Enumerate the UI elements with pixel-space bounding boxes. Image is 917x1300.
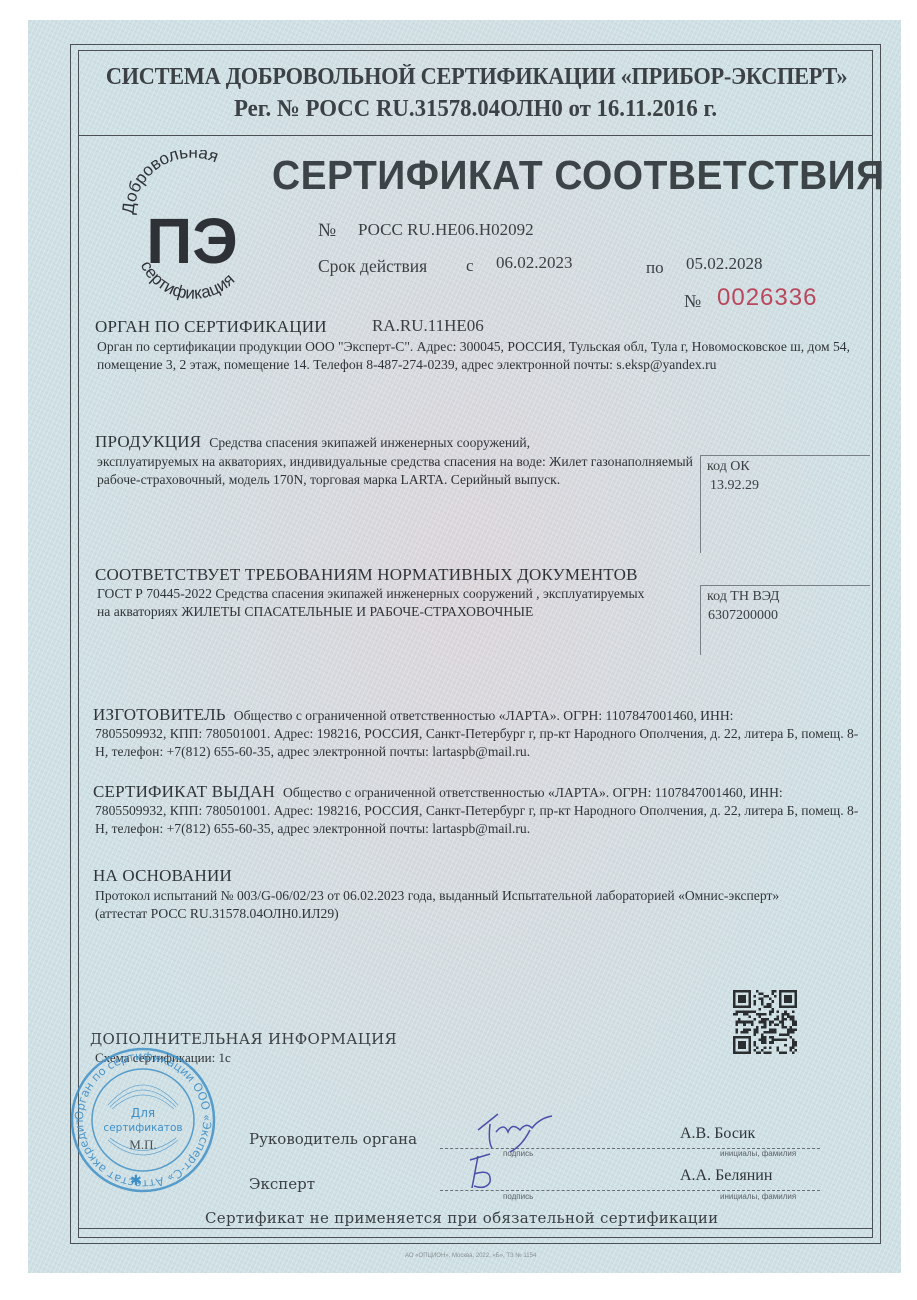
basis-heading: НА ОСНОВАНИИ (93, 866, 232, 886)
valid-to-date: 05.02.2028 (686, 254, 763, 274)
certification-body-text: Орган по сертификации продукции ООО "Экс… (97, 338, 867, 374)
head-of-body-label: Руководитель органа (249, 1130, 417, 1148)
basis-text: Протокол испытаний № 003/G-06/02/23 от 0… (95, 887, 825, 923)
tnved-code-label: код ТН ВЭД (707, 589, 779, 605)
manufacturer-text: 7805509932, КПП: 780501001. Адрес: 19821… (95, 725, 865, 761)
product-heading: ПРОДУКЦИЯ (95, 432, 201, 451)
blank-number-label: № (684, 291, 701, 312)
head-name-caption: инициалы, фамилия (720, 1149, 796, 1158)
official-stamp: Орган по сертификации ООО «Эксперт-С» Ат… (68, 1045, 218, 1195)
product-heading-row: ПРОДУКЦИЯ Средства спасения экипажей инж… (95, 432, 530, 452)
svg-text:М.П.: М.П. (129, 1137, 156, 1152)
system-name: СИСТЕМА ДОБРОВОЛЬНОЙ СЕРТИФИКАЦИИ «ПРИБО… (106, 64, 845, 91)
expert-name-line (592, 1190, 820, 1191)
product-text-line1: Средства спасения экипажей инженерных со… (209, 435, 530, 450)
manufacturer-heading-row: ИЗГОТОВИТЕЛЬ Общество с ограниченной отв… (93, 705, 733, 725)
print-code: АО «ОПЦИОН», Москва, 2022, «Б», ТЗ № 115… (405, 1253, 536, 1259)
certificate-number: РОСС RU.НЕ06.Н02092 (358, 220, 534, 240)
expert-signature (462, 1150, 512, 1195)
conformity-text: ГОСТ Р 70445-2022 Средства спасения экип… (97, 585, 657, 621)
okpd-code: 13.92.29 (710, 478, 759, 494)
tnved-code: 6307200000 (708, 608, 778, 624)
system-registration: Рег. № РОСС RU.31578.04ОЛН0 от 16.11.201… (98, 96, 853, 123)
issued-to-text-line1: Общество с ограниченной ответственностью… (283, 785, 783, 800)
expert-label: Эксперт (249, 1175, 315, 1193)
blank-serial-number: 0026336 (717, 284, 817, 312)
product-text: эксплуатируемых на акваториях, индивидуа… (97, 453, 697, 489)
expert-name: А.А. Белянин (680, 1167, 772, 1185)
header-divider (78, 135, 873, 136)
svg-text:ПЭ: ПЭ (146, 205, 238, 277)
issued-to-heading: СЕРТИФИКАТ ВЫДАН (93, 782, 275, 801)
manufacturer-heading: ИЗГОТОВИТЕЛЬ (93, 705, 226, 724)
issued-to-text: 7805509932, КПП: 780501001. Адрес: 19821… (95, 802, 865, 838)
svg-text:сертификатов: сертификатов (103, 1122, 182, 1134)
valid-from-label: с (466, 256, 474, 276)
head-signature (470, 1108, 560, 1156)
valid-to-label: по (646, 258, 664, 278)
not-mandatory-notice: Сертификат не применяется при обязательн… (205, 1209, 718, 1227)
validity-label: Срок действия (318, 256, 427, 277)
certification-body-heading: ОРГАН ПО СЕРТИФИКАЦИИ (95, 317, 327, 337)
tnved-code-box: код ТН ВЭД 6307200000 (700, 585, 870, 655)
footer-divider (78, 1228, 873, 1229)
manufacturer-text-line1: Общество с ограниченной ответственностью… (234, 708, 734, 723)
okpd-code-label: код ОК (707, 459, 750, 475)
head-of-body-name: А.В. Босик (680, 1125, 755, 1143)
certificate-title: СЕРТИФИКАТ СООТВЕТСТВИЯ (272, 152, 885, 199)
issued-to-heading-row: СЕРТИФИКАТ ВЫДАН Общество с ограниченной… (93, 782, 783, 802)
conformity-heading: СООТВЕТСТВУЕТ ТРЕБОВАНИЯМ НОРМАТИВНЫХ ДО… (95, 565, 638, 585)
valid-from-date: 06.02.2023 (496, 253, 573, 273)
pe-logo: Добровольная сертификация ПЭ (112, 150, 272, 310)
expert-name-caption: инициалы, фамилия (720, 1192, 796, 1201)
okpd-code-box: код ОК 13.92.29 (700, 455, 870, 553)
certification-body-code: RA.RU.11НЕ06 (372, 316, 484, 336)
qr-code[interactable] (733, 990, 797, 1054)
number-label: № (318, 220, 336, 242)
svg-text:✱: ✱ (130, 1174, 142, 1189)
svg-text:Для: Для (131, 1106, 155, 1120)
